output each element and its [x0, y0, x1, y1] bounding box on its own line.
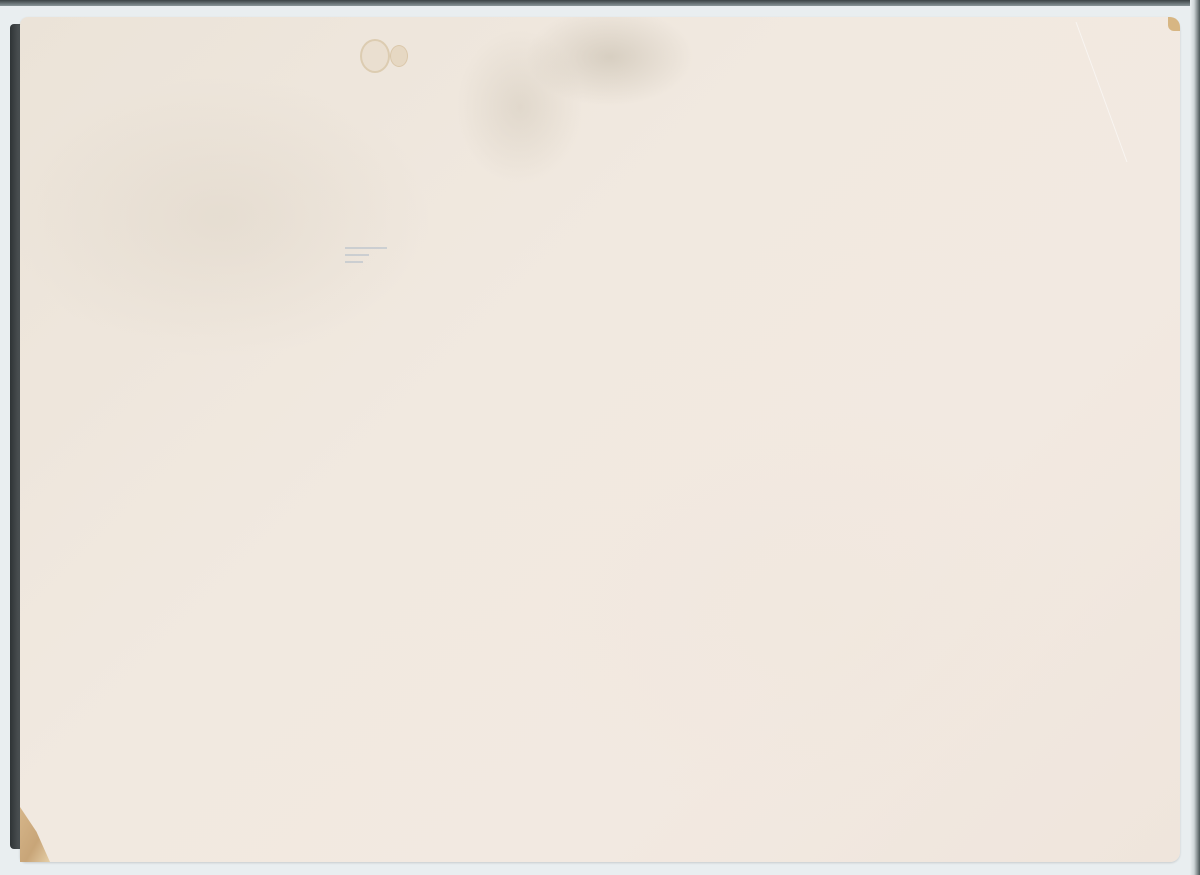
- torn-corner-top-right: [1168, 17, 1180, 31]
- ink-show-through: [345, 242, 405, 282]
- scanner-right-edge: [1190, 0, 1200, 875]
- torn-corner-bottom-left: [20, 807, 50, 862]
- water-stain: [390, 45, 408, 67]
- paper-crease: [1076, 22, 1188, 162]
- blank-card: [20, 17, 1180, 862]
- scanner-top-edge: [0, 0, 1200, 6]
- water-stain: [360, 39, 390, 73]
